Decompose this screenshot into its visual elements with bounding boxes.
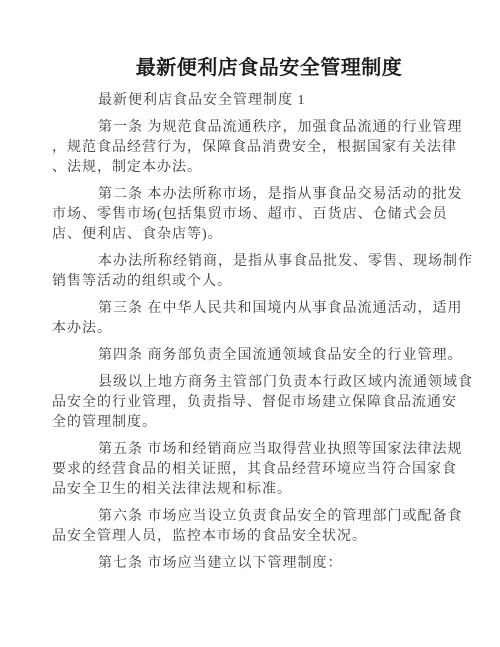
document-subtitle-paragraph: 最新便利店食品安全管理制度 1 xyxy=(52,91,500,111)
paragraph: 第七条 市场应当建立以下管理制度： xyxy=(52,554,500,574)
paragraph-line: 、法规，制定本办法。 xyxy=(52,158,500,178)
paragraph-line: 要求的经营食品的相关证照，其食品经营环境应当符合国家食 xyxy=(52,460,500,480)
paragraph: 第四条 商务部负责全国流通领域食品安全的行业管理。 xyxy=(52,346,500,366)
paragraph-line: 品安全卫生的相关法律法规和标准。 xyxy=(52,480,500,500)
paragraph-line: 第一条 为规范食品流通秩序，加强食品流通的行业管理 xyxy=(52,118,500,138)
paragraph-line: 市场、零售市场(包括集贸市场、超市、百货店、仓储式会员 xyxy=(52,205,500,225)
paragraph: 第六条 市场应当设立负责食品安全的管理部门或配备食品安全管理人员，监控本市场的食… xyxy=(52,507,500,547)
paragraph-line: 本办法。 xyxy=(52,319,500,339)
document-page: 最新便利店食品安全管理制度 最新便利店食品安全管理制度 1 第一条 为规范食品流… xyxy=(0,0,500,647)
paragraph-line: 第五条 市场和经销商应当取得营业执照等国家法律法规 xyxy=(52,440,500,460)
paragraph-line: 县级以上地方商务主管部门负责本行政区域内流通领域食 xyxy=(52,373,500,393)
document-body: 第一条 为规范食品流通秩序，加强食品流通的行业管理，规范食品经营行为，保障食品消… xyxy=(0,118,500,574)
paragraph-line: 品安全的行业管理，负责指导、督促市场建立保障食品流通安 xyxy=(52,393,500,413)
paragraph-line: 销售等活动的组织或个人。 xyxy=(52,272,500,292)
paragraph: 第五条 市场和经销商应当取得营业执照等国家法律法规要求的经营食品的相关证照，其食… xyxy=(52,440,500,500)
paragraph-line: 第四条 商务部负责全国流通领域食品安全的行业管理。 xyxy=(52,346,500,366)
paragraph-line: 品安全管理人员，监控本市场的食品安全状况。 xyxy=(52,527,500,547)
paragraph-line: 第七条 市场应当建立以下管理制度： xyxy=(52,554,500,574)
paragraph-line: 全的管理制度。 xyxy=(52,413,500,433)
paragraph: 本办法所称经销商，是指从事食品批发、零售、现场制作销售等活动的组织或个人。 xyxy=(52,252,500,292)
paragraph: 县级以上地方商务主管部门负责本行政区域内流通领域食品安全的行业管理，负责指导、督… xyxy=(52,373,500,433)
paragraph-line: 第六条 市场应当设立负责食品安全的管理部门或配备食 xyxy=(52,507,500,527)
document-title: 最新便利店食品安全管理制度 xyxy=(0,54,500,82)
paragraph: 第一条 为规范食品流通秩序，加强食品流通的行业管理，规范食品经营行为，保障食品消… xyxy=(52,118,500,178)
paragraph-line: 第二条 本办法所称市场，是指从事食品交易活动的批发 xyxy=(52,185,500,205)
paragraph-line: 店、便利店、食杂店等)。 xyxy=(52,225,500,245)
paragraph: 第二条 本办法所称市场，是指从事食品交易活动的批发市场、零售市场(包括集贸市场、… xyxy=(52,185,500,245)
paragraph: 第三条 在中华人民共和国境内从事食品流通活动，适用本办法。 xyxy=(52,299,500,339)
paragraph-line: ，规范食品经营行为，保障食品消费安全，根据国家有关法律 xyxy=(52,138,500,158)
paragraph-line: 第三条 在中华人民共和国境内从事食品流通活动，适用 xyxy=(52,299,500,319)
paragraph-line: 本办法所称经销商，是指从事食品批发、零售、现场制作 xyxy=(52,252,500,272)
document-subtitle: 最新便利店食品安全管理制度 1 xyxy=(52,91,500,111)
